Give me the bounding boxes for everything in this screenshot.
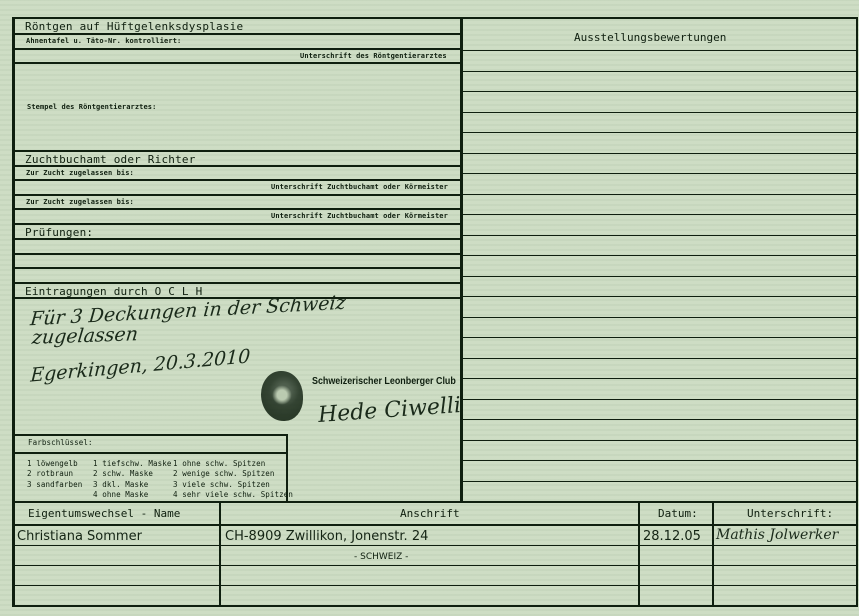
rule [13,585,858,586]
rating-line [462,235,857,236]
club-official-signature: Hede Ciwelli [317,393,462,428]
frame-top [13,17,858,19]
approval-2-label: Zur Zucht zugelassen bis: [26,199,134,206]
breeding-signature-1-label: Unterschrift Zuchtbuchamt oder Körmeiste… [271,184,448,191]
color-key-item: 3 sandfarben [27,480,82,490]
color-key-item: 2 schw. Maske [93,469,171,479]
rating-line [462,50,857,51]
rating-line [462,255,857,256]
breeding-signature-2-label: Unterschrift Zuchtbuchamt oder Körmeiste… [271,213,448,220]
rule [13,33,461,35]
entry-handwriting-line-2: zugelassen [31,323,139,349]
color-key-column-2: 1 tiefschw. Maske 2 schw. Maske 3 dkl. M… [93,459,171,500]
header-name: Eigentumswechsel - Name [28,508,180,519]
rule [13,267,461,269]
rule [13,179,461,181]
panel-divider [460,17,463,503]
color-key-item: 4 ohne Maske [93,490,171,500]
color-key-item: 3 dkl. Maske [93,480,171,490]
entry-handwriting-line-3: Egerkingen, 20.3.2010 [30,345,251,386]
rule [13,253,461,255]
header-date: Datum: [658,508,698,519]
rating-line [462,460,857,461]
color-key-column-1: 1 löwengelb 2 rotbraun 3 sandfarben [27,459,82,490]
color-key-item: 1 löwengelb [27,459,82,469]
column-divider [712,501,714,607]
rating-line [462,112,857,113]
color-key-item: 2 rotbraun [27,469,82,479]
rating-line [462,440,857,441]
rating-line [462,214,857,215]
rule [13,524,858,526]
rating-line [462,194,857,195]
owner-date: 28.12.05 [643,530,701,543]
rule [13,62,461,64]
rule [13,282,461,284]
xray-stamp-label: Stempel des Röntgentierarztes: [27,104,156,111]
club-stamp-title: Schweizerischer Leonberger Club [312,376,456,387]
color-key-column-3: 1 ohne schw. Spitzen 2 wenige schw. Spit… [173,459,293,500]
column-divider [219,501,221,607]
rating-line [462,317,857,318]
ahnentafel-label: Ahnentafel u. Täto-Nr. kontrolliert: [26,38,181,45]
frame-left [12,17,15,607]
xray-title: Röntgen auf Hüftgelenksdysplasie [25,21,243,32]
owner-address: CH-8909 Zwillikon, Jonenstr. 24 [225,530,428,543]
rule [13,48,461,50]
owner-signature: Mathis Jolwerker [716,527,838,543]
leonberger-dog-logo-icon [261,371,303,421]
column-divider [638,501,640,607]
xray-signature-label: Unterschrift des Röntgentierarztes [300,53,447,60]
rule [13,150,461,152]
rule [13,165,461,167]
show-ratings-title: Ausstellungsbewertungen [574,32,726,43]
rating-line [462,337,857,338]
rule [13,223,461,225]
rule [13,545,858,546]
rating-line [462,276,857,277]
rule [13,565,858,566]
frame-bottom [13,605,858,607]
frame-right [856,17,858,607]
breeding-title: Zuchtbuchamt oder Richter [25,154,196,165]
exams-title: Prüfungen: [25,227,93,238]
approval-1-label: Zur Zucht zugelassen bis: [26,170,134,177]
rating-line [462,419,857,420]
rating-line [462,358,857,359]
rule [13,208,461,210]
rating-line [462,378,857,379]
rule [13,452,287,454]
color-key-item: 1 tiefschw. Maske [93,459,171,469]
rule [13,238,461,240]
rating-line [462,132,857,133]
record-card: Röntgen auf Hüftgelenksdysplasie Ahnenta… [0,0,859,616]
color-key-item: 1 ohne schw. Spitzen [173,459,293,469]
owner-name: Christiana Sommer [17,530,142,543]
rule [13,194,461,196]
color-key-title: Farbschlüssel: [28,439,93,447]
rating-line [462,173,857,174]
color-key-item: 2 wenige schw. Spitzen [173,469,293,479]
header-address: Anschrift [400,508,460,519]
color-key-item: 4 sehr viele schw. Spitzen [173,490,293,500]
entries-title: Eintragungen durch O C L H [25,286,202,297]
rating-line [462,399,857,400]
owner-address-country: - SCHWEIZ - [354,553,408,562]
rating-line [462,71,857,72]
rating-line [462,481,857,482]
rating-line [462,296,857,297]
rule [13,501,858,503]
color-key-item: 3 viele schw. Spitzen [173,480,293,490]
rule [13,434,287,436]
rating-line [462,153,857,154]
rating-line [462,91,857,92]
header-signature: Unterschrift: [747,508,833,519]
